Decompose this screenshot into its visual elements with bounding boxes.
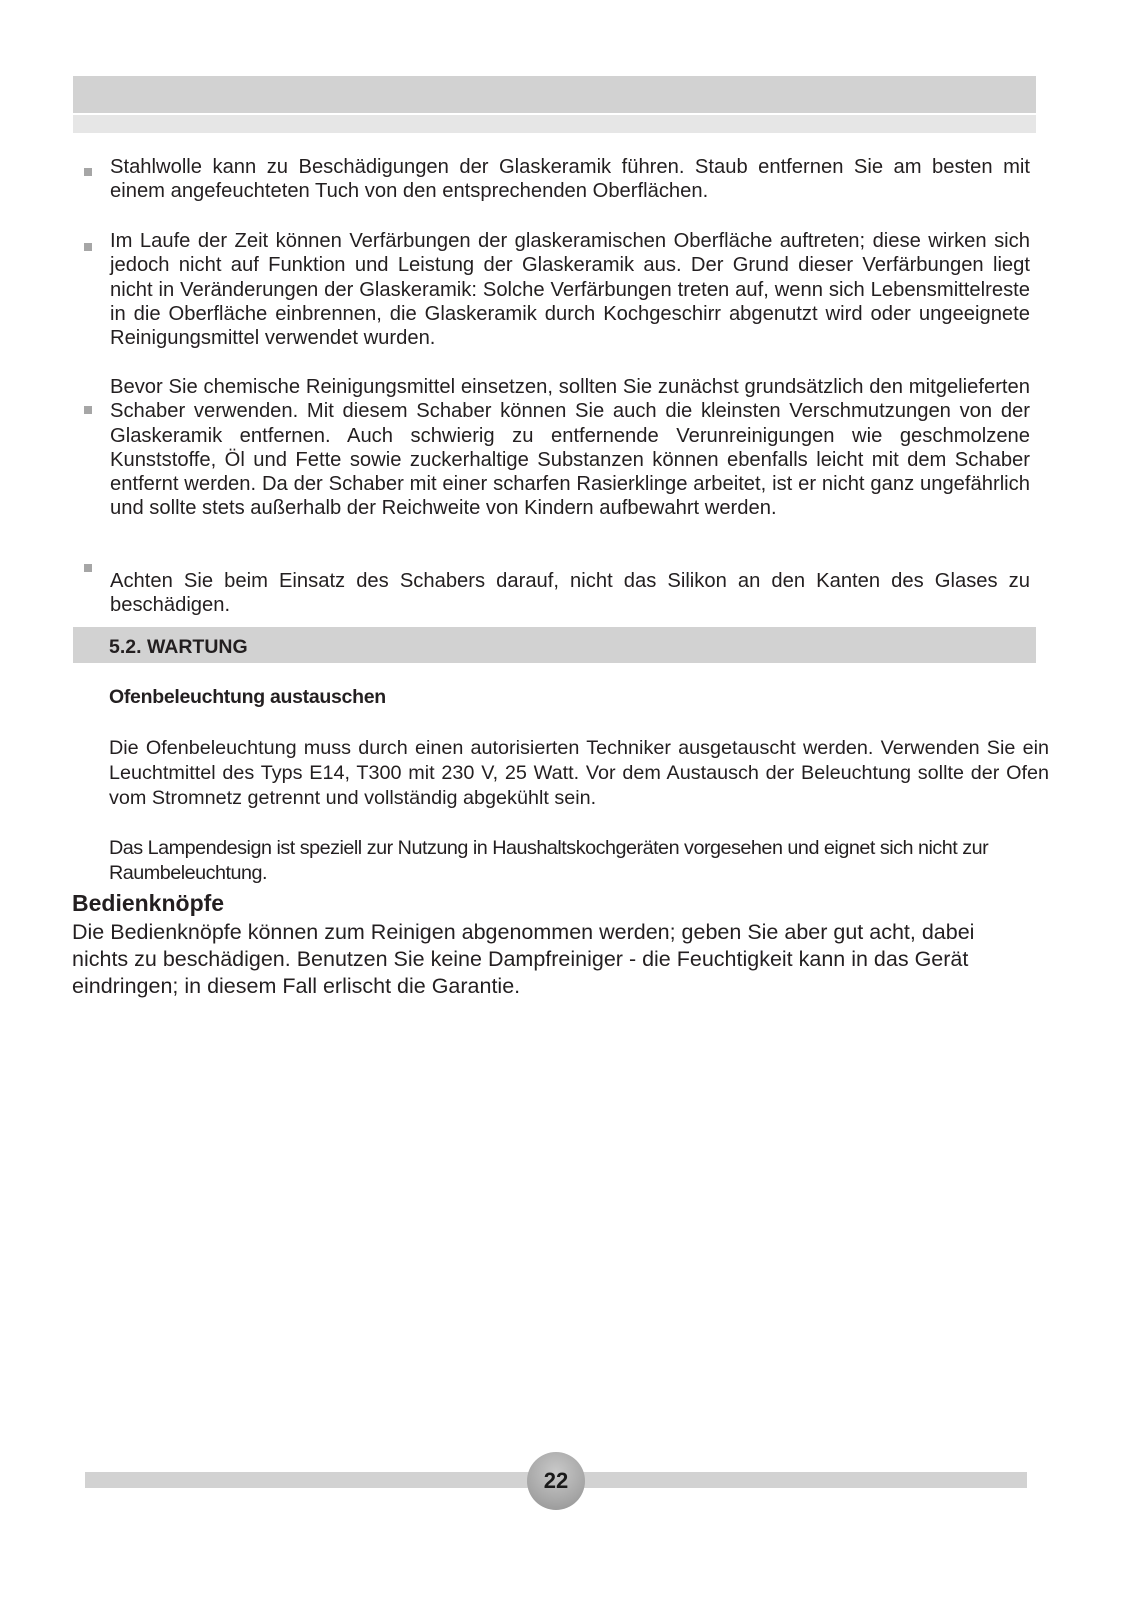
controls-heading: Bedienknöpfe xyxy=(72,890,224,917)
bullet-text: Achten Sie beim Einsatz des Schabers dar… xyxy=(110,569,1030,618)
bullet-square-icon xyxy=(84,406,92,414)
bullet-square-icon xyxy=(84,564,92,572)
bullet-text: Im Laufe der Zeit können Verfärbungen de… xyxy=(110,229,1030,350)
bullet-item: Achten Sie beim Einsatz des Schabers dar… xyxy=(110,569,1030,618)
paragraph-lamp-design: Das Lampendesign ist speziell zur Nutzun… xyxy=(109,836,1049,886)
bullet-square-icon xyxy=(84,168,92,176)
paragraph-light-replacement: Die Ofenbeleuchtung muss durch einen aut… xyxy=(109,736,1049,811)
subsection-heading: Ofenbeleuchtung austauschen xyxy=(109,686,386,709)
section-title: 5.2. WARTUNG xyxy=(109,636,248,659)
header-bar xyxy=(73,76,1036,113)
bullet-text: Bevor Sie chemische Reinigungsmittel ein… xyxy=(110,375,1030,521)
bullet-square-icon xyxy=(84,243,92,251)
controls-text: Die Bedienknöpfe können zum Reinigen abg… xyxy=(72,919,1032,1000)
bullet-item: Bevor Sie chemische Reinigungsmittel ein… xyxy=(110,375,1030,521)
page-number-badge: 22 xyxy=(527,1452,585,1510)
page-number: 22 xyxy=(544,1468,568,1494)
bullet-text: Stahlwolle kann zu Beschädigungen der Gl… xyxy=(110,155,1030,204)
bullet-item: Stahlwolle kann zu Beschädigungen der Gl… xyxy=(110,155,1030,204)
header-subbar xyxy=(73,115,1036,133)
bullet-item: Im Laufe der Zeit können Verfärbungen de… xyxy=(110,229,1030,350)
